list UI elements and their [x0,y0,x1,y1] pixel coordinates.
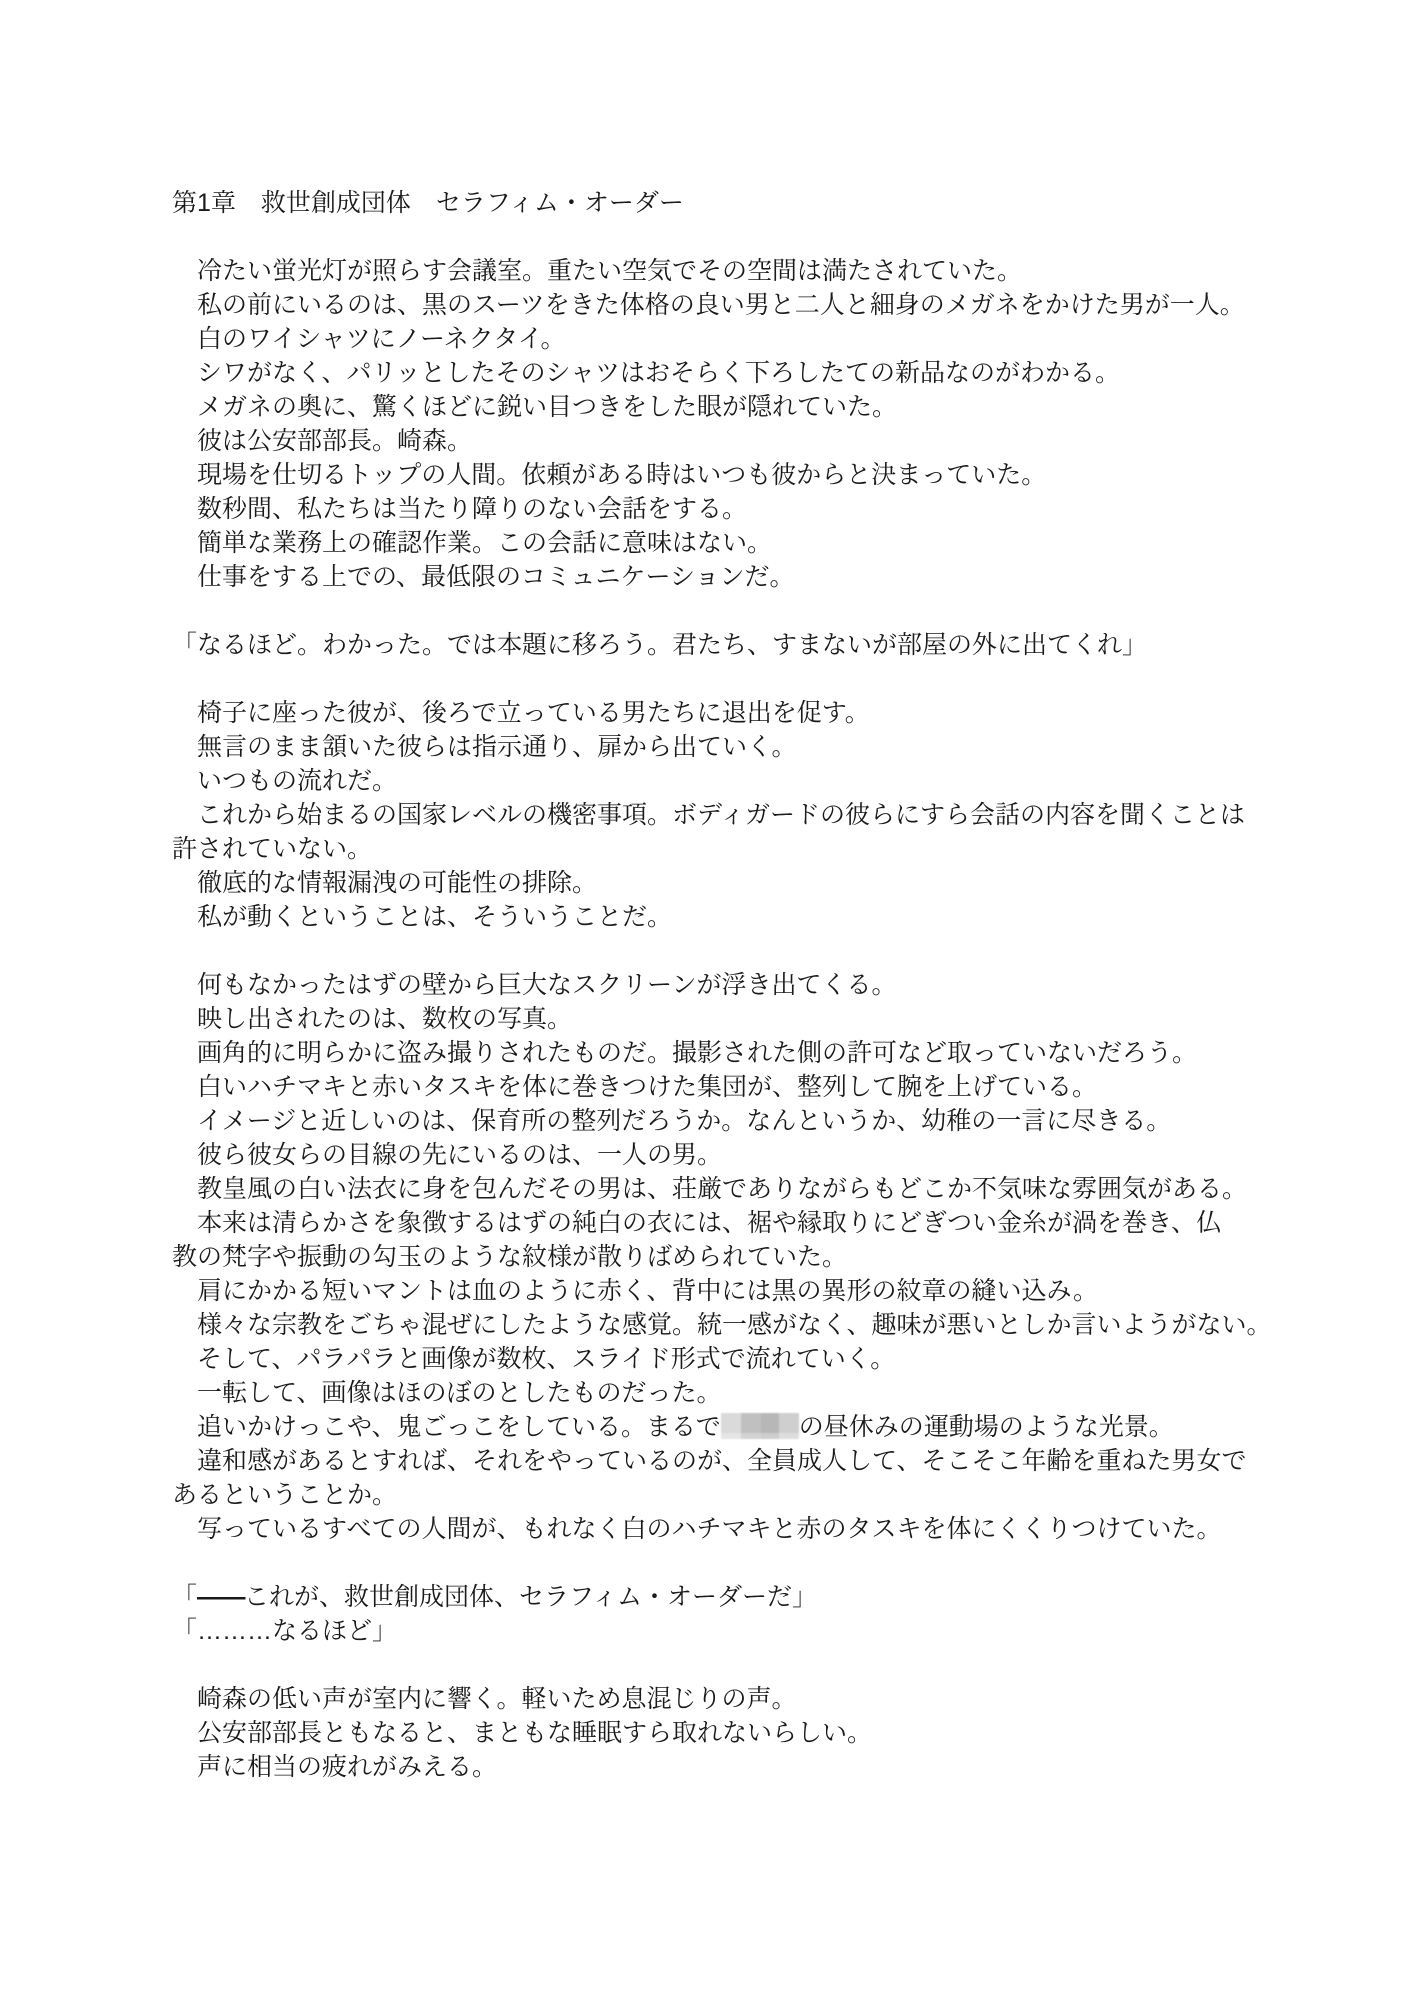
text-run: 公安部部長ともなると、まともな睡眠すら取れないらしい。 [172,1719,872,1747]
text-line: 「――これが、救世創成団体、セラフィム・オーダーだ」 [172,1580,1354,1614]
text-run: 一転して、画像はほのぼのとしたものだった。 [172,1379,722,1407]
text-run: 現場を仕切るトップの人間。依頼がある時はいつも彼からと決まっていた。 [172,461,1046,489]
text-body: 冷たい蛍光灯が照らす会議室。重たい空気でその空間は満たされていた。 私の前にいる… [172,254,1354,1784]
paragraph-2: 椅子に座った彼が、後ろで立っている男たちに退出を促す。 無言のまま頷いた彼らは指… [172,696,1354,934]
text-run: これが、救世創成団体、セラフィム・オーダーだ」 [244,1583,817,1611]
dialogue-2: 「――これが、救世創成団体、セラフィム・オーダーだ」「………なるほど」 [172,1580,1354,1648]
text-run: 数秒間、私たちは当たり障りのない会話をする。 [172,495,747,523]
text-run: 白のワイシャツにノーネクタイ。 [172,325,566,353]
text-run: 私の前にいるのは、黒のスーツをきた体格の良い男と二人と細身のメガネをかけた男が一… [172,291,1245,319]
text-line: メガネの奥に、驚くほどに鋭い目つきをした眼が隠れていた。 [172,390,1354,424]
text-run: いつもの流れだ。 [172,767,397,795]
text-line: 写っているすべての人間が、もれなく白のハチマキと赤のタスキを体にくくりつけていた… [172,1512,1354,1546]
text-run: 様々な宗教をごちゃ混ぜにしたような感覚。統一感がなく、趣味が悪いとしか言いようが… [172,1311,1272,1339]
text-line: 白いハチマキと赤いタスキを体に巻きつけた集団が、整列して腕を上げている。 [172,1070,1354,1104]
text-run: あるということか。 [172,1481,397,1509]
text-line: 教の梵字や振動の勾玉のような紋様が散りばめられていた。 [172,1240,1354,1274]
text-line: 白のワイシャツにノーネクタイ。 [172,322,1354,356]
text-line: 「なるほど。わかった。では本題に移ろう。君たち、すまないが部屋の外に出てくれ」 [172,628,1354,662]
text-run: 白いハチマキと赤いタスキを体に巻きつけた集団が、整列して腕を上げている。 [172,1073,1097,1101]
text-line: 「………なるほど」 [172,1614,1354,1648]
text-run: イメージと近しいのは、保育所の整列だろうか。なんというか、幼稚の一言に尽きる。 [172,1107,1171,1135]
text-line: 一転して、画像はほのぼのとしたものだった。 [172,1376,1354,1410]
text-run: 写っているすべての人間が、もれなく白のハチマキと赤のタスキを体にくくりつけていた… [172,1515,1222,1543]
text-run: 許されていない。 [172,835,372,863]
document-page: 第1章 救世創成団体 セラフィム・オーダー 冷たい蛍光灯が照らす会議室。重たい空… [0,0,1414,2000]
censored-text-box [721,1413,799,1439]
text-run: 肩にかかる短いマントは血のように赤く、背中には黒の異形の紋章の縫い込み。 [172,1277,1098,1305]
dialogue-1: 「なるほど。わかった。では本題に移ろう。君たち、すまないが部屋の外に出てくれ」 [172,628,1354,662]
text-run: 「なるほど。わかった。では本題に移ろう。君たち、すまないが部屋の外に出てくれ」 [172,631,1147,659]
text-run: 仕事をする上での、最低限のコミュニケーションだ。 [172,563,795,591]
text-line: これから始まるの国家レベルの機密事項。ボディガードの彼らにすら会話の内容を聞くこ… [172,798,1354,832]
text-run: 本来は清らかさを象徴するはずの純白の衣には、裾や縁取りにどぎつい金糸が渦を巻き、… [172,1209,1221,1237]
text-run: 徹底的な情報漏洩の可能性の排除。 [172,869,597,897]
text-run: 椅子に座った彼が、後ろで立っている男たちに退出を促す。 [172,699,870,727]
text-line: 肩にかかる短いマントは血のように赤く、背中には黒の異形の紋章の縫い込み。 [172,1274,1354,1308]
text-run: これから始まるの国家レベルの機密事項。ボディガードの彼らにすら会話の内容を聞くこ… [172,801,1245,829]
text-run: 教皇風の白い法衣に身を包んだその男は、荘厳でありながらもどこか不気味な雰囲気があ… [172,1175,1247,1203]
chapter-title: 第1章 救世創成団体 セラフィム・オーダー [172,186,1354,220]
paragraph-1: 冷たい蛍光灯が照らす会議室。重たい空気でその空間は満たされていた。 私の前にいる… [172,254,1354,594]
text-line: 数秒間、私たちは当たり障りのない会話をする。 [172,492,1354,526]
text-line: そして、パラパラと画像が数枚、スライド形式で流れていく。 [172,1342,1354,1376]
text-line: 様々な宗教をごちゃ混ぜにしたような感覚。統一感がなく、趣味が悪いとしか言いようが… [172,1308,1354,1342]
text-run: 彼ら彼女らの目線の先にいるのは、一人の男。 [172,1141,722,1169]
text-line: 私の前にいるのは、黒のスーツをきた体格の良い男と二人と細身のメガネをかけた男が一… [172,288,1354,322]
text-run: 画角的に明らかに盗み撮りされたものだ。撮影された側の許可など取っていないだろう。 [172,1039,1197,1067]
em-dash-bold: ―― [197,1583,244,1611]
text-line: 何もなかったはずの壁から巨大なスクリーンが浮き出てくる。 [172,968,1354,1002]
text-line: 椅子に座った彼が、後ろで立っている男たちに退出を促す。 [172,696,1354,730]
text-line: 現場を仕切るトップの人間。依頼がある時はいつも彼からと決まっていた。 [172,458,1354,492]
text-line: 画角的に明らかに盗み撮りされたものだ。撮影された側の許可など取っていないだろう。 [172,1036,1354,1070]
text-run: 無言のまま頷いた彼らは指示通り、扉から出ていく。 [172,733,797,761]
text-run: の昼休みの運動場のような光景。 [799,1413,1174,1441]
text-line: シワがなく、パリッとしたそのシャツはおそらく下ろしたての新品なのがわかる。 [172,356,1354,390]
text-line: 私が動くということは、そういうことだ。 [172,900,1354,934]
text-line: 仕事をする上での、最低限のコミュニケーションだ。 [172,560,1354,594]
text-run: シワがなく、パリッとしたそのシャツはおそらく下ろしたての新品なのがわかる。 [172,359,1120,387]
text-run: 何もなかったはずの壁から巨大なスクリーンが浮き出てくる。 [172,971,897,999]
text-run: 「 [172,1583,197,1611]
text-line: 許されていない。 [172,832,1354,866]
text-line: 彼ら彼女らの目線の先にいるのは、一人の男。 [172,1138,1354,1172]
text-run: 映し出されたのは、数枚の写真。 [172,1005,572,1033]
text-run: 教の梵字や振動の勾玉のような紋様が散りばめられていた。 [172,1243,847,1271]
paragraph-3: 何もなかったはずの壁から巨大なスクリーンが浮き出てくる。 映し出されたのは、数枚… [172,968,1354,1546]
text-run: そして、パラパラと画像が数枚、スライド形式で流れていく。 [172,1345,895,1373]
text-line: 教皇風の白い法衣に身を包んだその男は、荘厳でありながらもどこか不気味な雰囲気があ… [172,1172,1354,1206]
text-line: 冷たい蛍光灯が照らす会議室。重たい空気でその空間は満たされていた。 [172,254,1354,288]
text-run: 彼は公安部部長。崎森。 [172,427,472,455]
text-run: 私が動くということは、そういうことだ。 [172,903,672,931]
text-line: いつもの流れだ。 [172,764,1354,798]
text-line: 違和感があるとすれば、それをやっているのが、全員成人して、そこそこ年齢を重ねた男… [172,1444,1354,1478]
text-line: 本来は清らかさを象徴するはずの純白の衣には、裾や縁取りにどぎつい金糸が渦を巻き、… [172,1206,1354,1240]
text-run: 崎森の低い声が室内に響く。軽いため息混じりの声。 [172,1685,797,1713]
text-line: 公安部部長ともなると、まともな睡眠すら取れないらしい。 [172,1716,1354,1750]
text-run: 違和感があるとすれば、それをやっているのが、全員成人して、そこそこ年齢を重ねた男… [172,1447,1247,1475]
text-line: 無言のまま頷いた彼らは指示通り、扉から出ていく。 [172,730,1354,764]
text-run: メガネの奥に、驚くほどに鋭い目つきをした眼が隠れていた。 [172,393,897,421]
text-line: 崎森の低い声が室内に響く。軽いため息混じりの声。 [172,1682,1354,1716]
paragraph-4: 崎森の低い声が室内に響く。軽いため息混じりの声。 公安部部長ともなると、まともな… [172,1682,1354,1784]
text-run: 声に相当の疲れがみえる。 [172,1753,497,1781]
text-run: 冷たい蛍光灯が照らす会議室。重たい空気でその空間は満たされていた。 [172,257,1022,285]
text-line: 徹底的な情報漏洩の可能性の排除。 [172,866,1354,900]
text-run: 追いかけっこや、鬼ごっこをしている。まるで [172,1413,721,1441]
text-line: 声に相当の疲れがみえる。 [172,1750,1354,1784]
text-line: 彼は公安部部長。崎森。 [172,424,1354,458]
text-line: あるということか。 [172,1478,1354,1512]
text-line: 追いかけっこや、鬼ごっこをしている。まるでの昼休みの運動場のような光景。 [172,1410,1354,1444]
text-line: イメージと近しいのは、保育所の整列だろうか。なんというか、幼稚の一言に尽きる。 [172,1104,1354,1138]
text-run: 「………なるほど」 [172,1617,397,1645]
text-run: 簡単な業務上の確認作業。この会話に意味はない。 [172,529,772,557]
text-line: 簡単な業務上の確認作業。この会話に意味はない。 [172,526,1354,560]
text-line: 映し出されたのは、数枚の写真。 [172,1002,1354,1036]
